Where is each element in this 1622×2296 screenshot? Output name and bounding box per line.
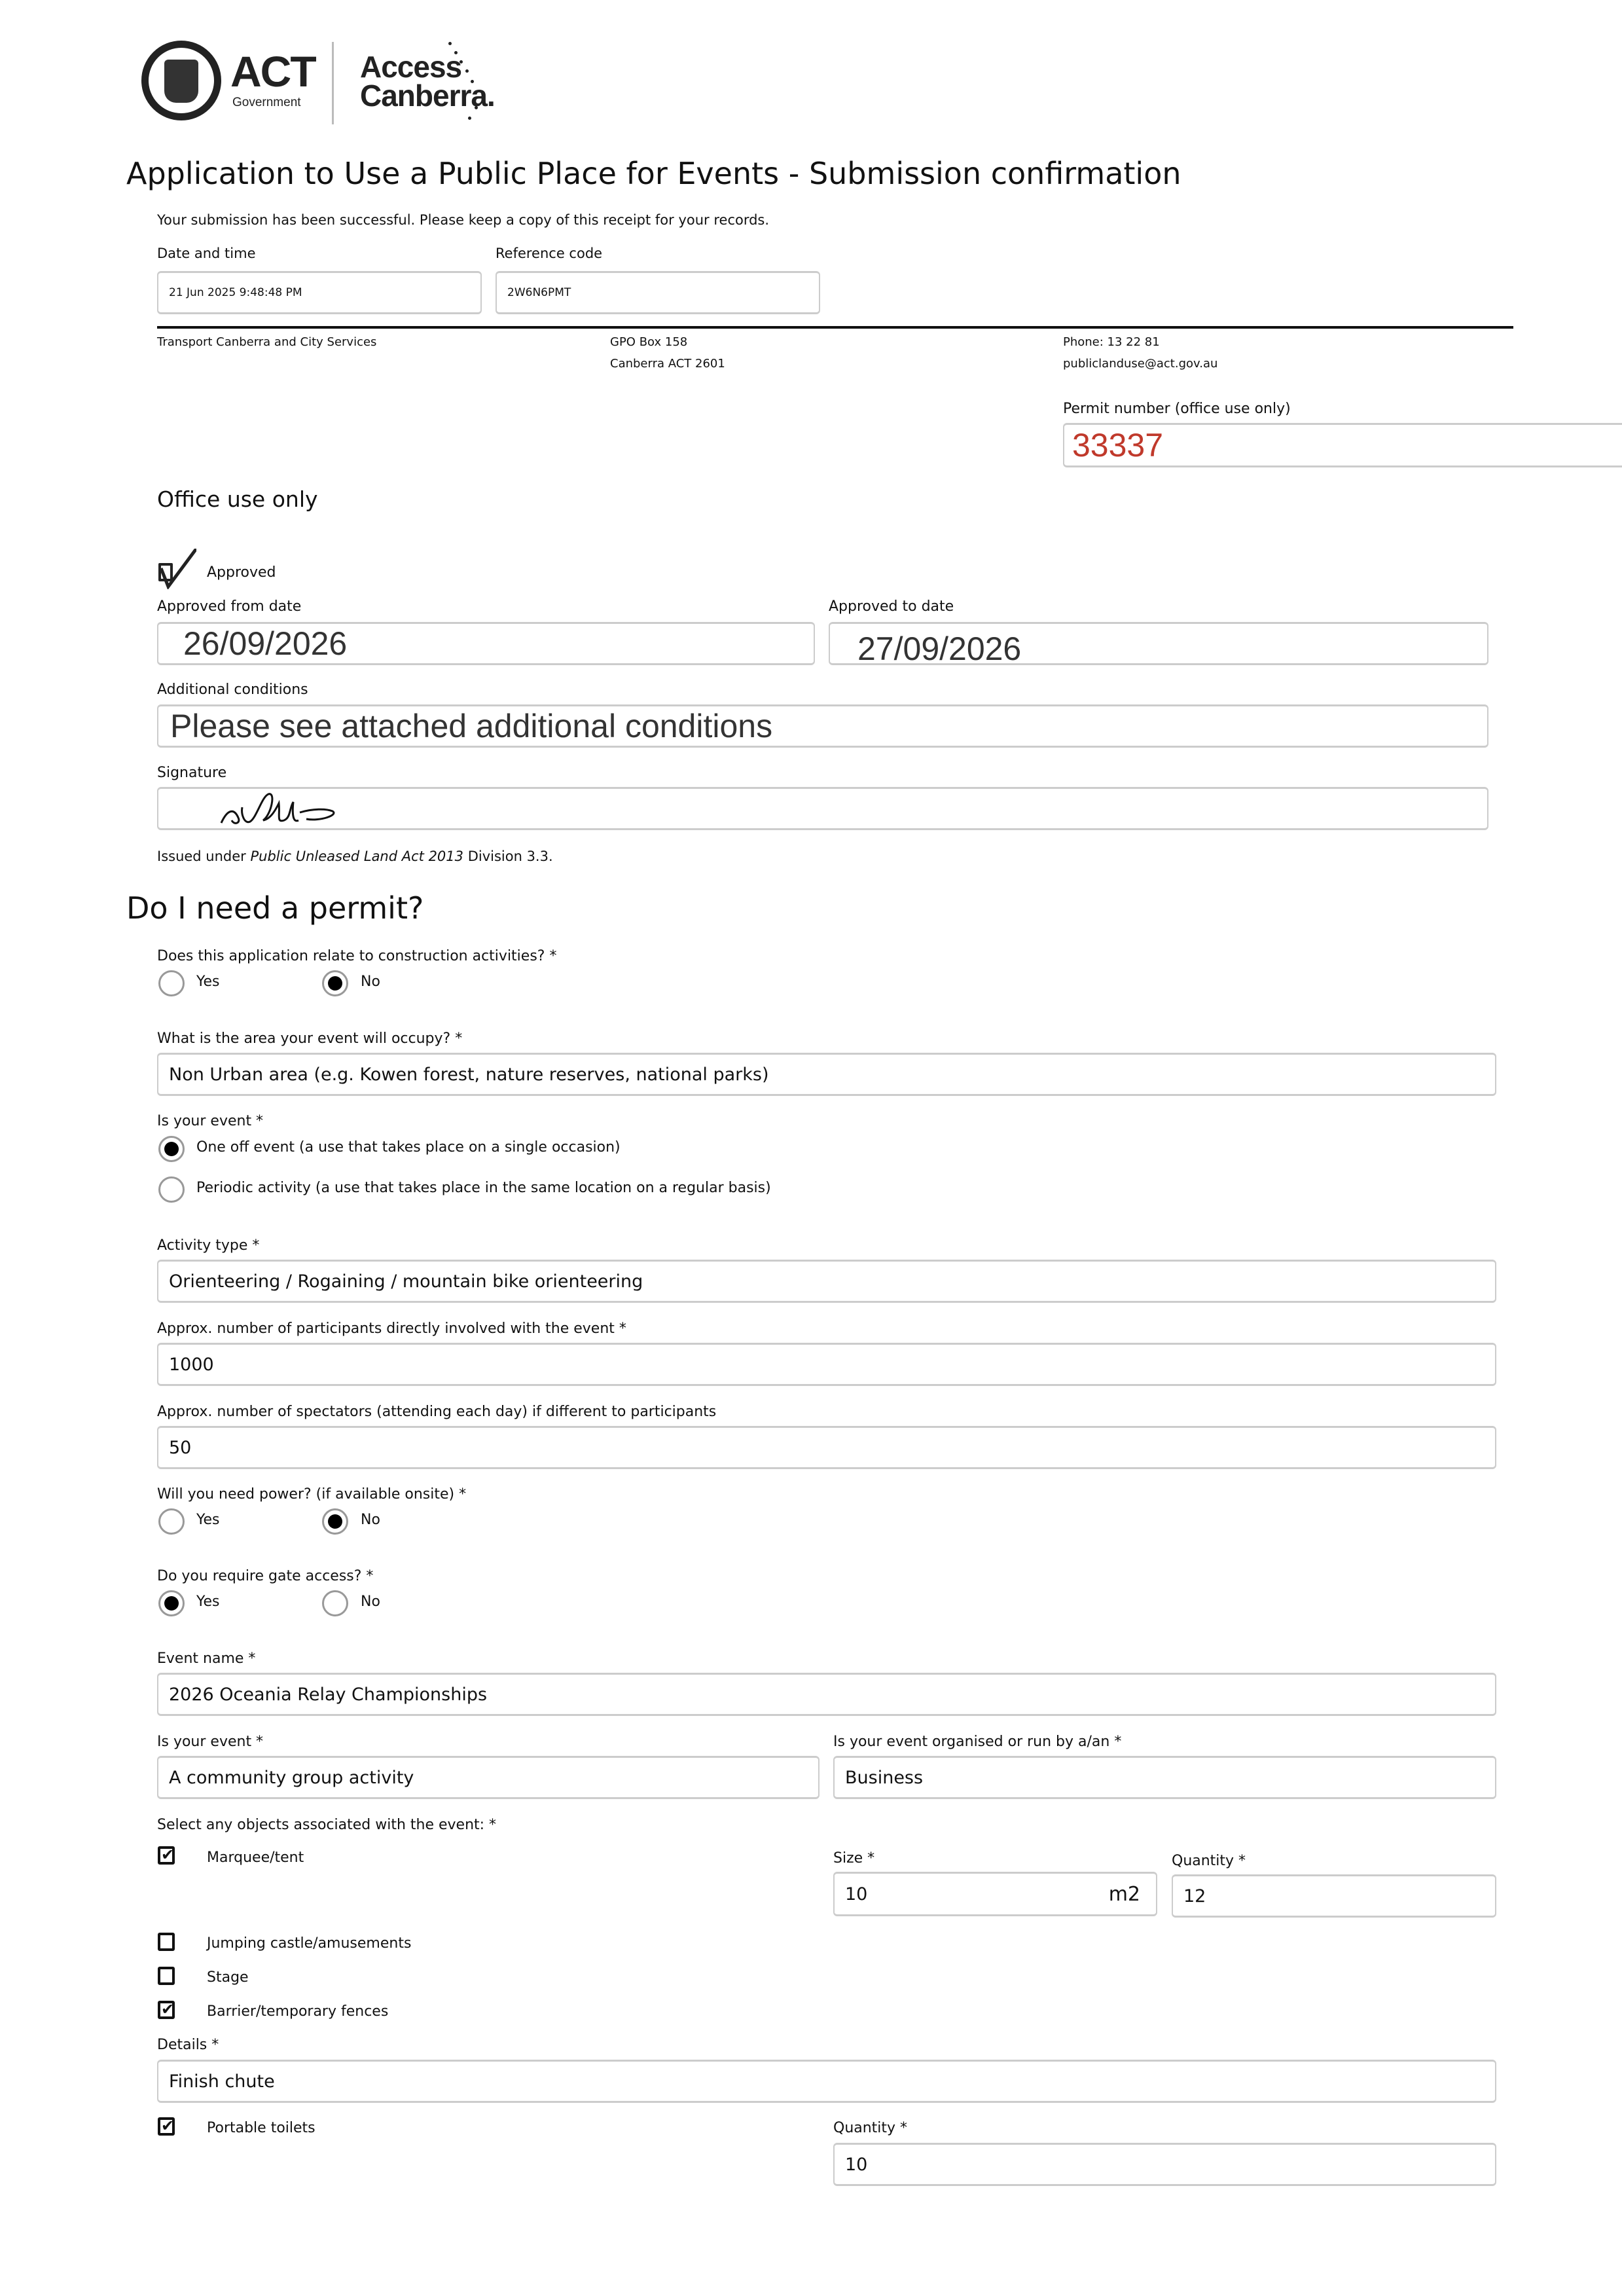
power-question: Will you need power? (if available onsit… [157,1486,466,1503]
permit-number-label: Permit number (office use only) [1063,401,1291,417]
event-kind-question: Is your event * [157,1113,263,1129]
date-time-field: 21 Jun 2025 9:48:48 PM [157,271,482,314]
event-type-field[interactable]: A community group activity [157,1756,820,1799]
construction-yes-radio[interactable] [158,970,185,996]
approved-checkbox[interactable] [157,549,196,589]
signature-field[interactable] [157,787,1488,830]
toilets-label: Portable toilets [207,2120,315,2136]
approved-from-label: Approved from date [157,598,301,615]
marquee-checkbox[interactable]: ✔ [158,1846,175,1865]
issued-act-name: Public Unleased Land Act 2013 [251,848,464,864]
construction-yes-label: Yes [196,974,220,990]
periodic-activity-label: Periodic activity (a use that takes plac… [196,1180,771,1196]
construction-no-radio[interactable] [322,970,348,996]
act-coat-of-arms-icon [141,41,221,120]
date-time-label: Date and time [157,246,256,261]
toilets-quantity-label: Quantity * [833,2120,907,2136]
toilets-quantity-field[interactable]: 10 [833,2143,1496,2186]
gate-yes-radio[interactable] [158,1590,185,1616]
stage-checkbox[interactable] [158,1967,175,1985]
signature-image [208,789,444,828]
gate-no-label: No [361,1594,380,1610]
barrier-details-label: Details * [157,2037,219,2053]
gate-access-question: Do you require gate access? * [157,1568,373,1584]
area-field[interactable]: Non Urban area (e.g. Kowen forest, natur… [157,1053,1496,1096]
address-line2: Canberra ACT 2601 [610,357,725,371]
gate-yes-label: Yes [196,1594,220,1610]
jumping-castle-checkbox[interactable] [158,1933,175,1951]
spectators-field[interactable]: 50 [157,1426,1496,1469]
issued-under-text: Issued under Public Unleased Land Act 20… [157,848,553,864]
approved-to-field[interactable]: 27/09/2026 [829,622,1488,665]
one-off-event-radio[interactable] [158,1136,185,1162]
barrier-label: Barrier/temporary fences [207,2003,388,2020]
additional-conditions-field[interactable]: Please see attached additional condition… [157,704,1488,748]
power-yes-radio[interactable] [158,1508,185,1535]
reference-code-label: Reference code [496,246,602,261]
participants-label: Approx. number of participants directly … [157,1321,626,1337]
jumping-castle-label: Jumping castle/amusements [207,1935,411,1952]
phone-number: Phone: 13 22 81 [1063,335,1160,349]
periodic-activity-radio[interactable] [158,1176,185,1203]
one-off-event-label: One off event (a use that takes place on… [196,1139,621,1156]
check-icon: ✔ [161,1999,174,2019]
check-icon: ✔ [161,2116,174,2136]
objects-label: Select any objects associated with the e… [157,1817,496,1833]
organiser-field[interactable]: Business [833,1756,1496,1799]
handwritten-tick-icon [157,549,196,589]
issued-suffix: Division 3.3. [463,848,553,864]
signature-label: Signature [157,765,226,781]
additional-conditions-label: Additional conditions [157,682,308,698]
issued-prefix: Issued under [157,848,251,864]
logo-act-text: ACT [230,50,315,93]
marquee-quantity-field[interactable]: 12 [1172,1874,1496,1918]
logo-access-canberra-text: Access Canberra. [360,52,495,110]
logo-government-text: Government [232,96,301,110]
activity-type-field[interactable]: Orienteering / Rogaining / mountain bike… [157,1260,1496,1303]
logo-divider [332,42,334,124]
gate-no-radio[interactable] [322,1590,348,1616]
marquee-label: Marquee/tent [207,1850,304,1866]
section-divider [157,326,1513,329]
size-unit-label: m2 [1109,1874,1140,1914]
marquee-size-label: Size * [833,1850,874,1867]
marquee-quantity-label: Quantity * [1172,1853,1246,1869]
barrier-details-field[interactable]: Finish chute [157,2060,1496,2103]
marquee-size-field[interactable]: 10 m2 [833,1872,1157,1916]
success-message: Your submission has been successful. Ple… [157,212,769,228]
event-name-field[interactable]: 2026 Oceania Relay Championships [157,1673,1496,1716]
event-name-label: Event name * [157,1650,255,1667]
act-access-canberra-logo: ACT Government Access Canberra. [139,38,505,130]
power-no-label: No [361,1512,380,1528]
approved-from-field[interactable]: 26/09/2026 [157,622,815,665]
power-no-radio[interactable] [322,1508,348,1535]
agency-name: Transport Canberra and City Services [157,335,376,349]
spectators-label: Approx. number of spectators (attending … [157,1404,716,1420]
organiser-label: Is your event organised or run by a/an * [833,1734,1121,1750]
approved-label: Approved [207,564,276,581]
participants-field[interactable]: 1000 [157,1343,1496,1386]
toilets-checkbox[interactable]: ✔ [158,2117,175,2136]
stage-label: Stage [207,1969,249,1986]
approved-to-label: Approved to date [829,598,954,615]
office-use-heading: Office use only [157,486,318,512]
logo-canberra-text: Canberra. [360,81,495,110]
permit-section-heading: Do I need a permit? [126,890,424,926]
address-line1: GPO Box 158 [610,335,687,349]
logo-access-text: Access [360,52,495,81]
marquee-size-value: 10 [845,1884,867,1904]
page-title: Application to Use a Public Place for Ev… [126,156,1181,191]
construction-no-label: No [361,974,380,990]
check-icon: ✔ [161,1845,174,1865]
reference-code-field: 2W6N6PMT [496,271,820,314]
construction-question: Does this application relate to construc… [157,948,556,964]
area-question: What is the area your event will occupy?… [157,1030,462,1047]
power-yes-label: Yes [196,1512,220,1528]
event-type-label: Is your event * [157,1734,263,1750]
barrier-checkbox[interactable]: ✔ [158,2001,175,2019]
permit-number-field: 33337 [1063,423,1622,467]
contact-email[interactable]: publiclanduse@act.gov.au [1063,357,1217,371]
activity-type-label: Activity type * [157,1237,259,1254]
